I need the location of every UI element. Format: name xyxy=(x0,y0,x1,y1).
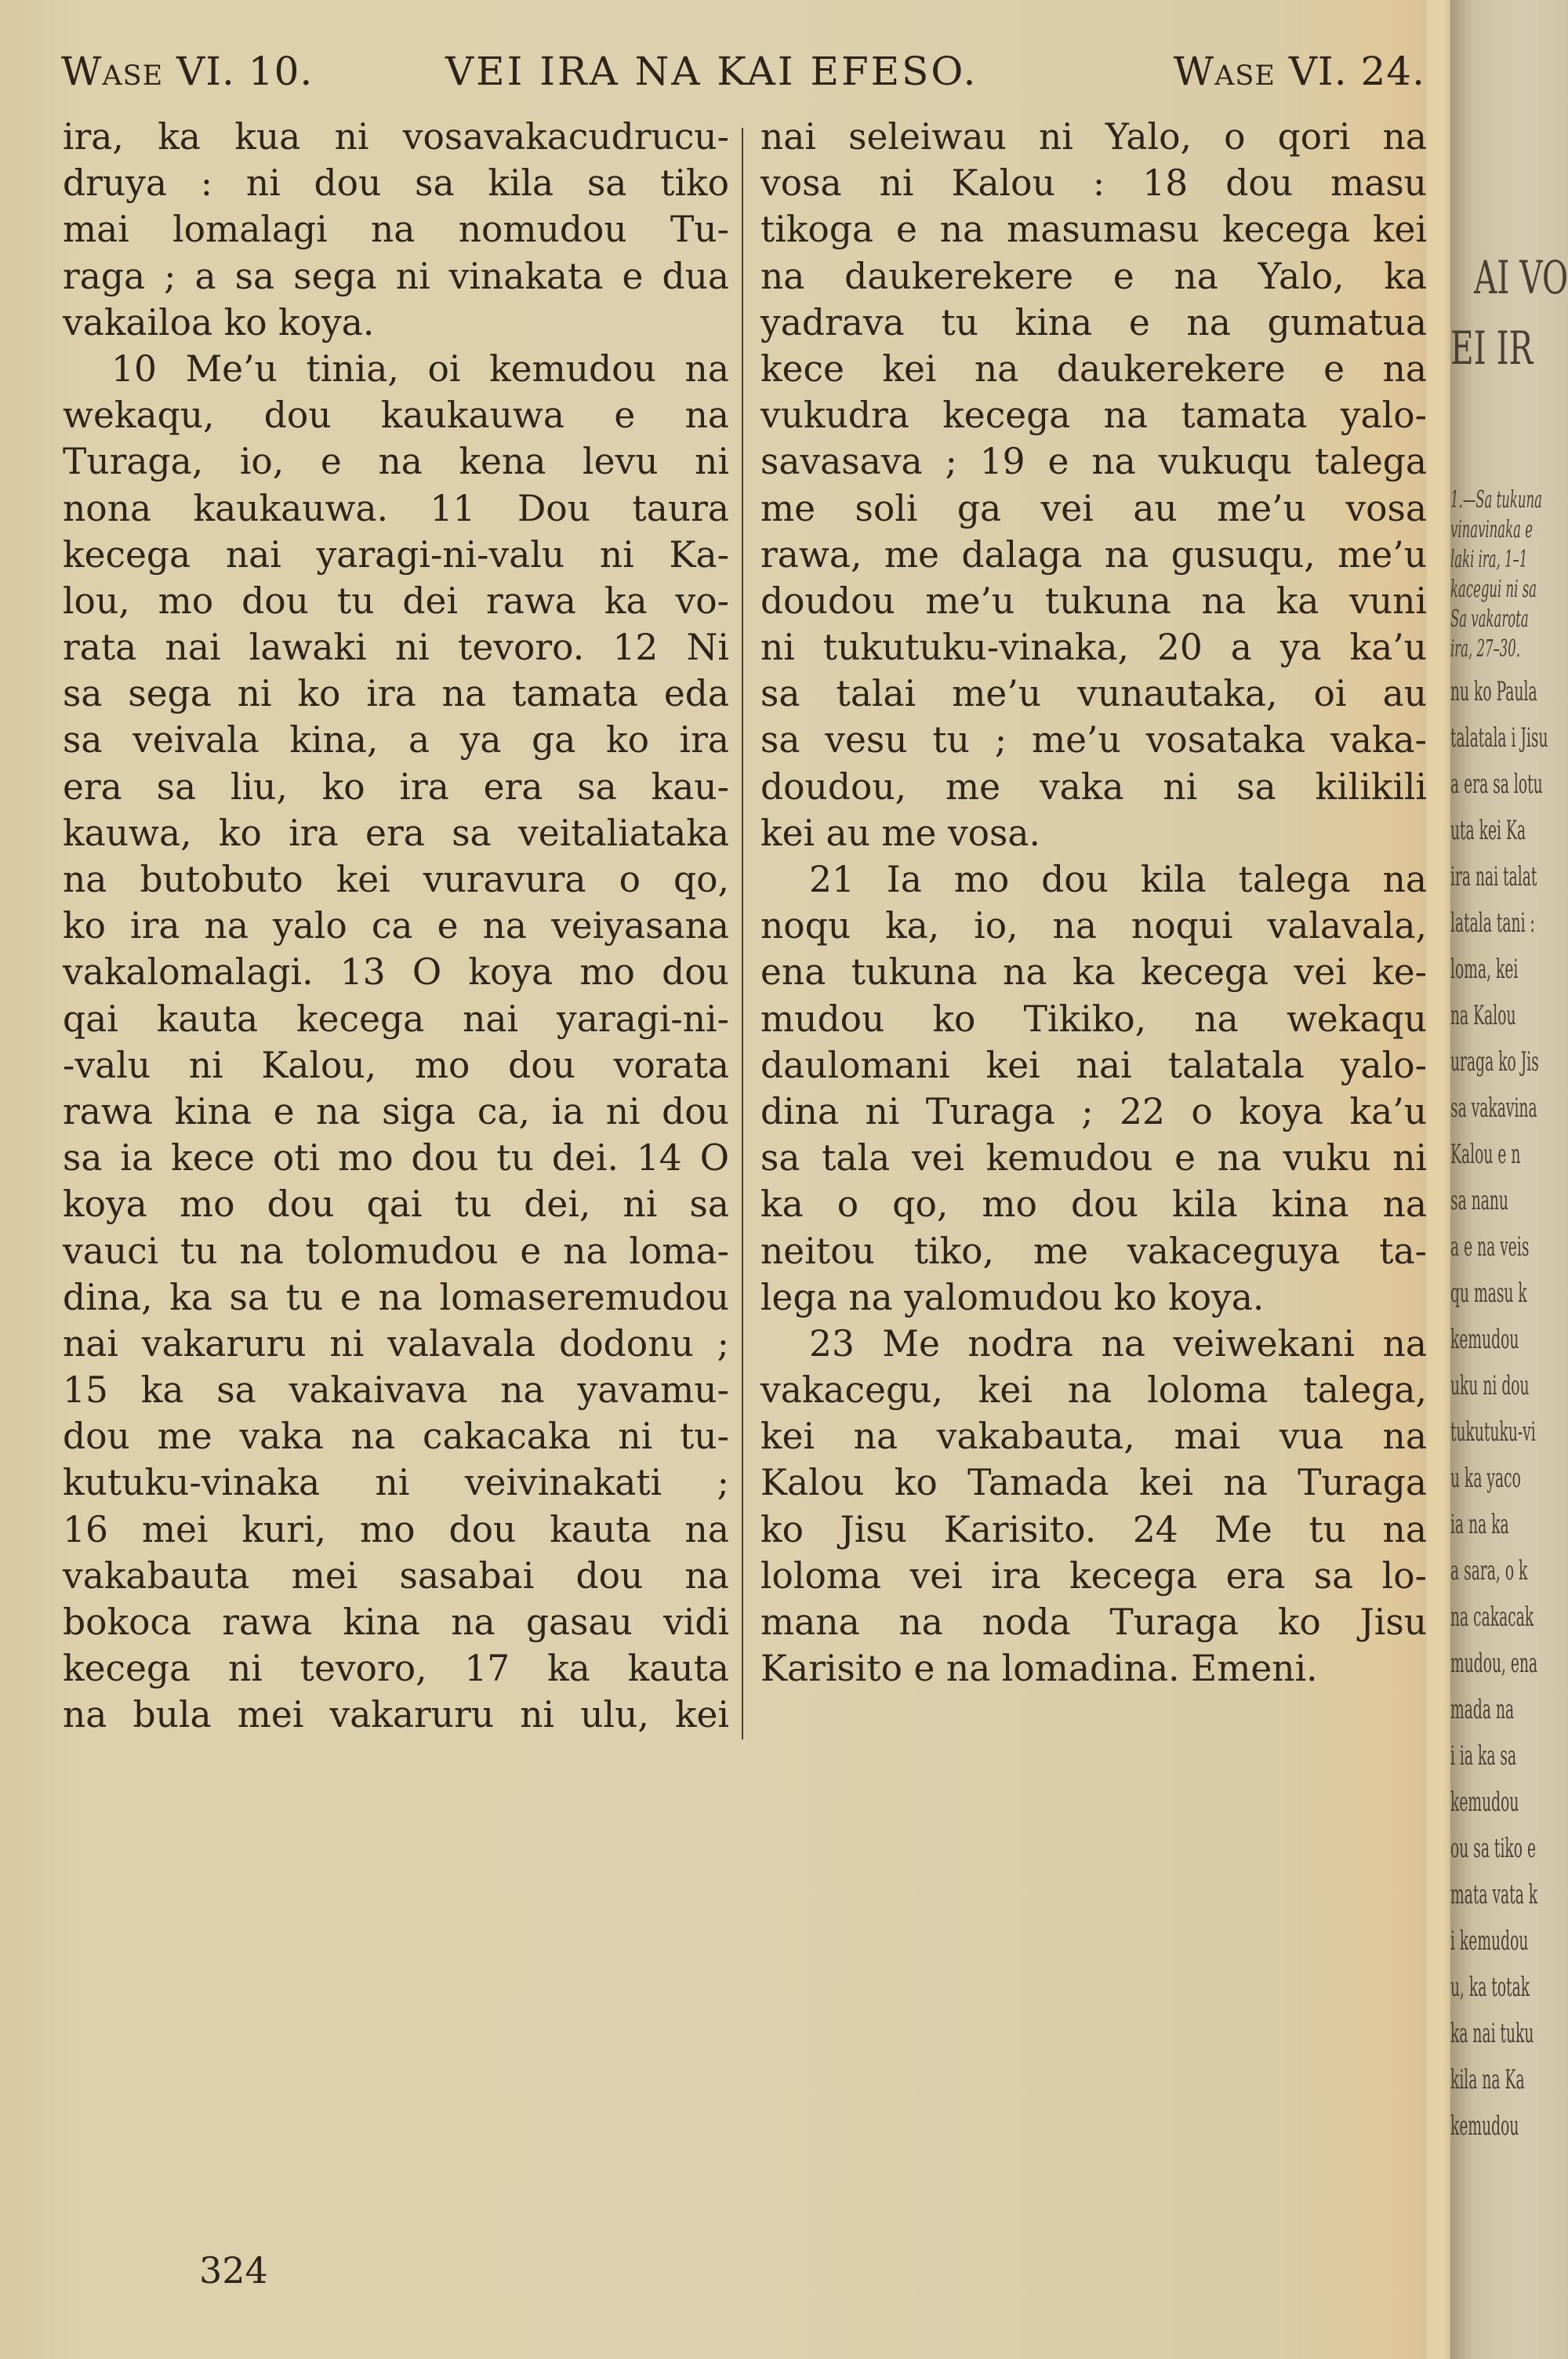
text-line: Kalou ko Tamada kei na Turaga xyxy=(760,1459,1427,1506)
header-left-reference: Wase VI. 10. xyxy=(61,49,313,94)
text-line: na daukerekere e na Yalo, ka xyxy=(760,253,1427,300)
adjacent-page-body-line: Kalou e n xyxy=(1450,1139,1520,1170)
adjacent-page-summary-line: ira, 27–30. xyxy=(1450,635,1520,663)
adjacent-page-body-line: uraga ko Jis xyxy=(1450,1046,1539,1078)
text-line: Turaga, io, e na kena levu ni xyxy=(63,438,729,485)
text-line: neitou tiko, me vakaceguya ta- xyxy=(760,1228,1427,1274)
adjacent-page-body-line: mudou, ena xyxy=(1450,1648,1537,1679)
text-line: kutuku-vinaka ni veivinakati ; xyxy=(63,1459,729,1506)
text-line: kecega ni tevoro, 17 ka kauta xyxy=(63,1645,729,1692)
adjacent-page-body-line: a sara, o k xyxy=(1450,1555,1527,1587)
text-line: bokoca rawa kina na gasau vidi xyxy=(63,1599,729,1645)
adjacent-page-body-line: ou sa tiko e xyxy=(1450,1833,1536,1864)
adjacent-page-body-line: na cakacak xyxy=(1450,1601,1534,1633)
adjacent-page-body-line: mada na xyxy=(1450,1694,1514,1725)
text-line: lou, mo dou tu dei rawa ka vo- xyxy=(63,578,729,624)
text-line: rawa kina e na siga ca, ia ni dou xyxy=(63,1089,729,1135)
text-line: kei au me vosa. xyxy=(760,810,1427,856)
page-gutter-edge xyxy=(1427,0,1454,2359)
column-divider-rule xyxy=(742,128,743,1739)
header-right-reference: Wase VI. 24. xyxy=(1174,49,1425,94)
text-line: vakailoa ko koya. xyxy=(63,300,729,346)
adjacent-page-body-line: i kemudou xyxy=(1450,1925,1528,1957)
text-line: kecega nai yaragi-ni-valu ni Ka- xyxy=(63,532,729,578)
running-header: Wase VI. 10. VEI IRA NA KAI EFESO. Wase … xyxy=(61,49,1425,111)
adjacent-page-body-line: i ia ka sa xyxy=(1450,1740,1516,1772)
text-line: yadrava tu kina e na gumatua xyxy=(760,300,1427,346)
adjacent-page-body-line: talatala i Jisu xyxy=(1450,722,1548,754)
text-line: mana na noda Turaga ko Jisu xyxy=(760,1599,1427,1645)
header-right-chapter-verse: VI. 24. xyxy=(1289,49,1425,94)
text-line: lega na yalomudou ko koya. xyxy=(760,1274,1427,1321)
text-line: sa vesu tu ; me’u vosataka vaka- xyxy=(760,717,1427,763)
text-line: raga ; a sa sega ni vinakata e dua xyxy=(63,253,729,300)
adjacent-page-body-line: u ka yaco xyxy=(1450,1463,1521,1494)
text-line: sa tala vei kemudou e na vuku ni xyxy=(760,1135,1427,1181)
adjacent-page-body-line: a e na veis xyxy=(1450,1231,1529,1263)
text-line: dina ni Turaga ; 22 o koya ka’u xyxy=(760,1089,1427,1135)
adjacent-page-summary-line: vinavinaka e xyxy=(1450,516,1533,543)
adjacent-page-body-line: u, ka totak xyxy=(1450,1972,1530,2003)
adjacent-page-body-line: kemudou xyxy=(1450,1787,1519,1818)
text-line: tikoga e na masumasu kecega kei xyxy=(760,206,1427,253)
text-line: sa sega ni ko ira na tamata eda xyxy=(63,671,729,717)
adjacent-page-body-line: loma, kei xyxy=(1450,954,1518,985)
adjacent-page-body-line: ira nai talat xyxy=(1450,861,1537,892)
text-line: 15 ka sa vakaivava na yavamu- xyxy=(63,1367,729,1413)
text-line: ena tukuna na ka kecega vei ke- xyxy=(760,949,1427,995)
left-text-column: ira, ka kua ni vosavakacudrucu-druya : n… xyxy=(63,114,729,1739)
header-title: VEI IRA NA KAI EFESO. xyxy=(445,49,978,94)
text-line: doudou me’u tukuna na ka vuni xyxy=(760,578,1427,624)
text-line: 16 mei kuri, mo dou kauta na xyxy=(63,1507,729,1553)
header-left-book: Wase xyxy=(61,49,163,94)
text-line: dou me vaka na cakacaka ni tu- xyxy=(63,1413,729,1459)
adjacent-page-body-line: sa nanu xyxy=(1450,1185,1508,1216)
adjacent-page-summary-line: laki ira, 1–1 xyxy=(1450,546,1527,573)
adjacent-page-body-line: uta kei Ka xyxy=(1450,815,1526,846)
page-number: 324 xyxy=(199,2249,268,2292)
text-line: qai kauta kecega nai yaragi-ni- xyxy=(63,996,729,1042)
adjacent-page-summary-line: 1.—Sa tukuna xyxy=(1450,486,1542,514)
text-line: dina, ka sa tu e na lomaseremudou xyxy=(63,1274,729,1321)
text-line: rawa, me dalaga na gusuqu, me’u xyxy=(760,532,1427,578)
text-line: koya mo dou qai tu dei, ni sa xyxy=(63,1181,729,1227)
adjacent-page-body-line: mata vata k xyxy=(1450,1879,1537,1910)
text-line: doudou, me vaka ni sa kilikili xyxy=(760,764,1427,810)
adjacent-page-body-line: ka nai tuku xyxy=(1450,2018,1534,2049)
book-page: Wase VI. 10. VEI IRA NA KAI EFESO. Wase … xyxy=(0,0,1435,2359)
header-right-book: Wase xyxy=(1174,49,1276,94)
text-line: sa talai me’u vunautaka, oi au xyxy=(760,671,1427,717)
text-line: 23 Me nodra na veiwekani na xyxy=(760,1321,1427,1367)
text-line: kei na vakabauta, mai vua na xyxy=(760,1413,1427,1459)
text-line: 21 Ia mo dou kila talega na xyxy=(760,856,1427,903)
text-line: noqu ka, io, na noqui valavala, xyxy=(760,903,1427,949)
text-line: ko ira na yalo ca e na veiyasana xyxy=(63,903,729,949)
adjacent-page-body-line: kemudou xyxy=(1450,2110,1519,2142)
text-line: savasava ; 19 e na vukuqu talega xyxy=(760,438,1427,485)
text-line: nai seleiwau ni Yalo, o qori na xyxy=(760,114,1427,160)
text-line: na butobuto kei vuravura o qo, xyxy=(63,856,729,903)
text-line: sa ia kece oti mo dou tu dei. 14 O xyxy=(63,1135,729,1181)
adjacent-page-summary-line: kacegui ni sa xyxy=(1450,576,1537,603)
adjacent-page-body-line: na Kalou xyxy=(1450,1000,1516,1031)
text-line: wekaqu, dou kaukauwa e na xyxy=(63,392,729,438)
text-line: -valu ni Kalou, mo dou vorata xyxy=(63,1042,729,1089)
header-left-chapter-verse: VI. 10. xyxy=(176,49,313,94)
text-line: na bula mei vakaruru ni ulu, kei xyxy=(63,1692,729,1738)
text-line: druya : ni dou sa kila sa tiko xyxy=(63,160,729,206)
adjacent-page-body-line: a era sa lotu xyxy=(1450,769,1543,800)
text-line: vakabauta mei sasabai dou na xyxy=(63,1553,729,1599)
adjacent-page-body-line: qu masu k xyxy=(1450,1278,1527,1309)
adjacent-page-body-line: tukutuku-vi xyxy=(1450,1416,1536,1448)
text-line: ka o qo, mo dou kila kina na xyxy=(760,1181,1427,1227)
adjacent-page-body-line: kemudou xyxy=(1450,1324,1519,1355)
text-line: rata nai lawaki ni tevoro. 12 Ni xyxy=(63,624,729,671)
text-line: nai vakaruru ni valavala dodonu ; xyxy=(63,1321,729,1367)
adjacent-page-body-line: ia na ka xyxy=(1450,1509,1509,1540)
text-line: vauci tu na tolomudou e na loma- xyxy=(63,1228,729,1274)
text-line: ko Jisu Karisito. 24 Me tu na xyxy=(760,1507,1427,1553)
text-line: vakalomalagi. 13 O koya mo dou xyxy=(63,949,729,995)
adjacent-page-body-line: nu ko Paula xyxy=(1450,676,1537,707)
adjacent-page-body-line: sa vakavina xyxy=(1450,1092,1537,1124)
text-line: nona kaukauwa. 11 Dou taura xyxy=(63,485,729,532)
text-line: 10 Me’u tinia, oi kemudou na xyxy=(63,346,729,392)
text-line: era sa liu, ko ira era sa kau- xyxy=(63,764,729,810)
text-line: me soli ga vei au me’u vosa xyxy=(760,485,1427,532)
adjacent-page-fragment: AI VOIEI IR1.—Sa tukunavinavinaka elaki … xyxy=(1450,0,1568,2359)
text-line: ni tukutuku-vinaka, 20 a ya ka’u xyxy=(760,624,1427,671)
text-line: daulomani kei nai talatala yalo- xyxy=(760,1042,1427,1089)
adjacent-page-title-line: AI VOI xyxy=(1474,251,1568,304)
text-line: Karisito e na lomadina. Emeni. xyxy=(760,1645,1427,1692)
text-line: kece kei na daukerekere e na xyxy=(760,346,1427,392)
adjacent-page-title-line: EI IR xyxy=(1450,322,1533,375)
right-text-column: nai seleiwau ni Yalo, o qori navosa ni K… xyxy=(760,114,1427,1692)
adjacent-page-summary-line: Sa vakarota xyxy=(1450,605,1529,633)
text-line: kauwa, ko ira era sa veitaliataka xyxy=(63,810,729,856)
text-line: vukudra kecega na tamata yalo- xyxy=(760,392,1427,438)
text-line: vosa ni Kalou : 18 dou masu xyxy=(760,160,1427,206)
text-line: mai lomalagi na nomudou Tu- xyxy=(63,206,729,253)
text-line: vakacegu, kei na loloma talega, xyxy=(760,1367,1427,1413)
text-line: loloma vei ira kecega era sa lo- xyxy=(760,1553,1427,1599)
text-line: sa veivala kina, a ya ga ko ira xyxy=(63,717,729,763)
text-line: ira, ka kua ni vosavakacudrucu- xyxy=(63,114,729,160)
adjacent-page-body-line: uku ni dou xyxy=(1450,1370,1530,1401)
adjacent-page-body-line: kila na Ka xyxy=(1450,2064,1525,2095)
text-line: mudou ko Tikiko, na wekaqu xyxy=(760,996,1427,1042)
adjacent-page-body-line: latala tani : xyxy=(1450,907,1535,939)
